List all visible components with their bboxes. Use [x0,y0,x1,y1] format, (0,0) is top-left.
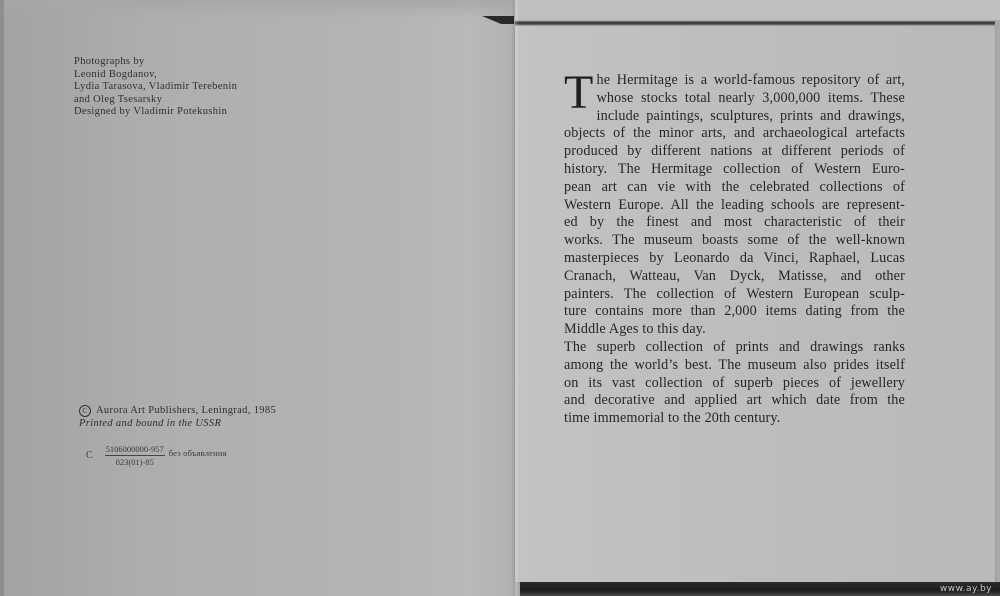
credits-line: Leonid Bogdanov, [74,69,237,82]
drop-cap: T [564,74,593,112]
catalog-denominator: 023(01)-85 [116,456,154,467]
paragraph-2: The superb collection of prints and draw… [564,339,905,428]
credits-line: and Oleg Tsesarsky [74,94,237,107]
credits-line: Lydia Tarasova, Vladimir Terebenin [74,81,237,94]
credits-line: Designed by Vladimir Potekushin [74,106,237,119]
cover-bottom-edge [520,582,1000,596]
text-line: pean art can vie with the celebrated col… [564,179,905,197]
photo-credits: Photographs by Leonid Bogdanov, Lydia Ta… [74,56,237,119]
text-line: include paintings, sculptures, prints an… [564,108,905,126]
publisher-imprint: CAurora Art Publishers, Leningrad, 1985 … [79,404,276,430]
text-line: and decorative and applied art which dat… [564,392,905,410]
text-line: whose stocks total nearly 3,000,000 item… [564,90,905,108]
text-line: he Hermitage is a world-famous repositor… [564,72,905,90]
copyright-icon: C [79,405,91,417]
watermark: www.ay.by [940,584,992,594]
text-line: among the world’s best. The museum also … [564,357,905,375]
text-line: Middle Ages to this day. [564,321,905,339]
text-line: The superb collection of prints and draw… [564,339,905,357]
catalog-fraction: 5106000000-957 023(01)-85 [105,444,165,467]
text-line: history. The Hermitage collection of Wes… [564,161,905,179]
text-line: produced by different nations at differe… [564,143,905,161]
book-spread: Photographs by Leonid Bogdanov, Lydia Ta… [0,0,1000,596]
catalog-code: С 5106000000-957 023(01)-85 без объявлен… [86,444,227,467]
left-page-edge [0,0,4,596]
catalog-note: без объявления [169,448,227,458]
catalog-letter: С [86,450,93,461]
text-line: on its vast collection of superb pieces … [564,375,905,393]
text-line: masterpieces by Leonardo da Vinci, Rapha… [564,250,905,268]
text-line: ture contains more than 2,000 items dati… [564,303,905,321]
text-line: ed by the finest and most characteristic… [564,214,905,232]
book-gutter [511,0,519,596]
text-line: Cranach, Watteau, Van Dyck, Matisse, and… [564,268,905,286]
publisher-line: Aurora Art Publishers, Leningrad, 1985 [96,405,276,416]
text-line: Western Europe. All the leading schools … [564,197,905,215]
catalog-numerator: 5106000000-957 [105,444,165,456]
text-line: time immemorial to the 20th century. [564,410,905,428]
paragraph-1: T he Hermitage is a world-famous reposit… [564,72,905,339]
text-line: works. The museum boasts some of the wel… [564,232,905,250]
credits-line: Photographs by [74,56,237,69]
text-line: objects of the minor arts, and archaeolo… [564,125,905,143]
printed-line: Printed and bound in the USSR [79,417,276,430]
hermitage-intro-text: T he Hermitage is a world-famous reposit… [564,72,905,428]
text-line: painters. The collection of Western Euro… [564,286,905,304]
left-page: Photographs by Leonid Bogdanov, Lydia Ta… [0,0,515,596]
